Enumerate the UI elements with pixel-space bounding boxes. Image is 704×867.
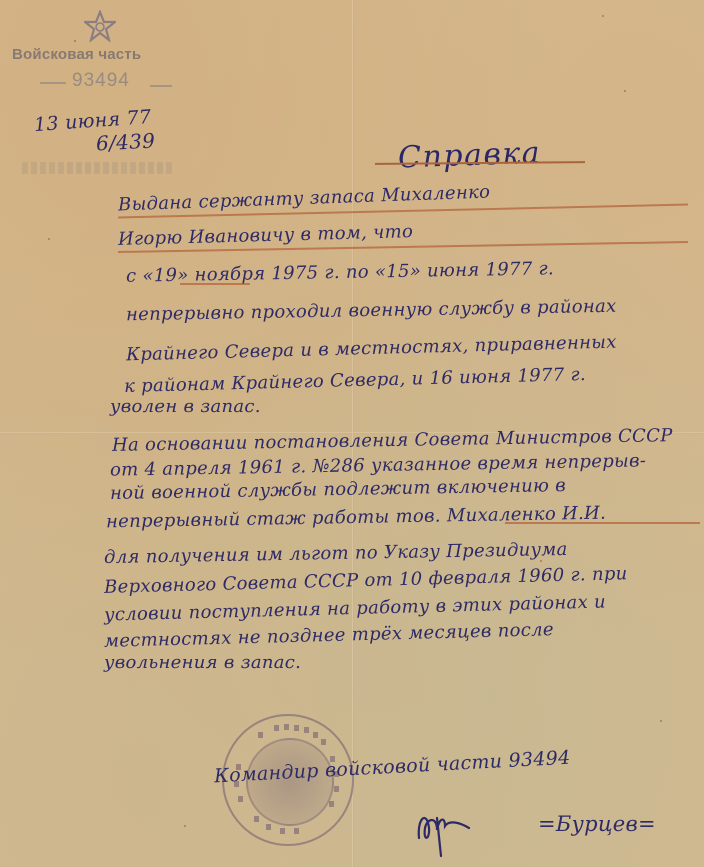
body-line: Игорю Ивановичу в том, что: [118, 221, 414, 250]
faded-print: [22, 162, 172, 174]
unit-stamp-number: 93494: [72, 70, 130, 92]
unit-stamp-title: Войсковая часть: [12, 46, 141, 63]
body-line: Крайнего Севера и в местностях, приравне…: [126, 332, 617, 366]
body-line: непрерывно проходил военную службу в рай…: [126, 296, 617, 326]
body-line: для получения им льгот по Указу Президиу…: [104, 539, 568, 568]
stamp-dash: [150, 85, 172, 87]
star-icon: [84, 10, 116, 42]
paper-speck: [602, 15, 604, 17]
body-line: уволен в запас.: [110, 396, 261, 417]
paper-speck: [660, 720, 662, 722]
document-title: Справка: [397, 136, 541, 176]
body-line: увольнения в запас.: [104, 652, 301, 673]
body-line: от 4 апреля 1961 г. №286 указанное время…: [110, 450, 647, 480]
body-line: местностях не позднее трёх месяцев после: [104, 619, 554, 652]
stamp-dash: [40, 82, 66, 84]
paper-speck: [184, 825, 186, 827]
body-line: с «19» ноября 1975 г. по «15» июня 1977 …: [126, 258, 554, 286]
document-page: Войсковая часть 93494 13 июня 77 6/439 С…: [0, 0, 704, 867]
unit-stamp: Войсковая часть 93494: [0, 0, 200, 100]
body-line: непрерывный стаж работы тов. Михаленко И…: [106, 503, 606, 533]
body-line: к районам Крайнего Севера, и 16 июня 197…: [124, 364, 586, 397]
paper-speck: [48, 238, 50, 240]
signer-name: =Бурцев=: [538, 812, 656, 836]
registration-number: 6/439: [95, 128, 155, 155]
paper-speck: [624, 90, 626, 92]
handwritten-signature: [415, 798, 485, 858]
